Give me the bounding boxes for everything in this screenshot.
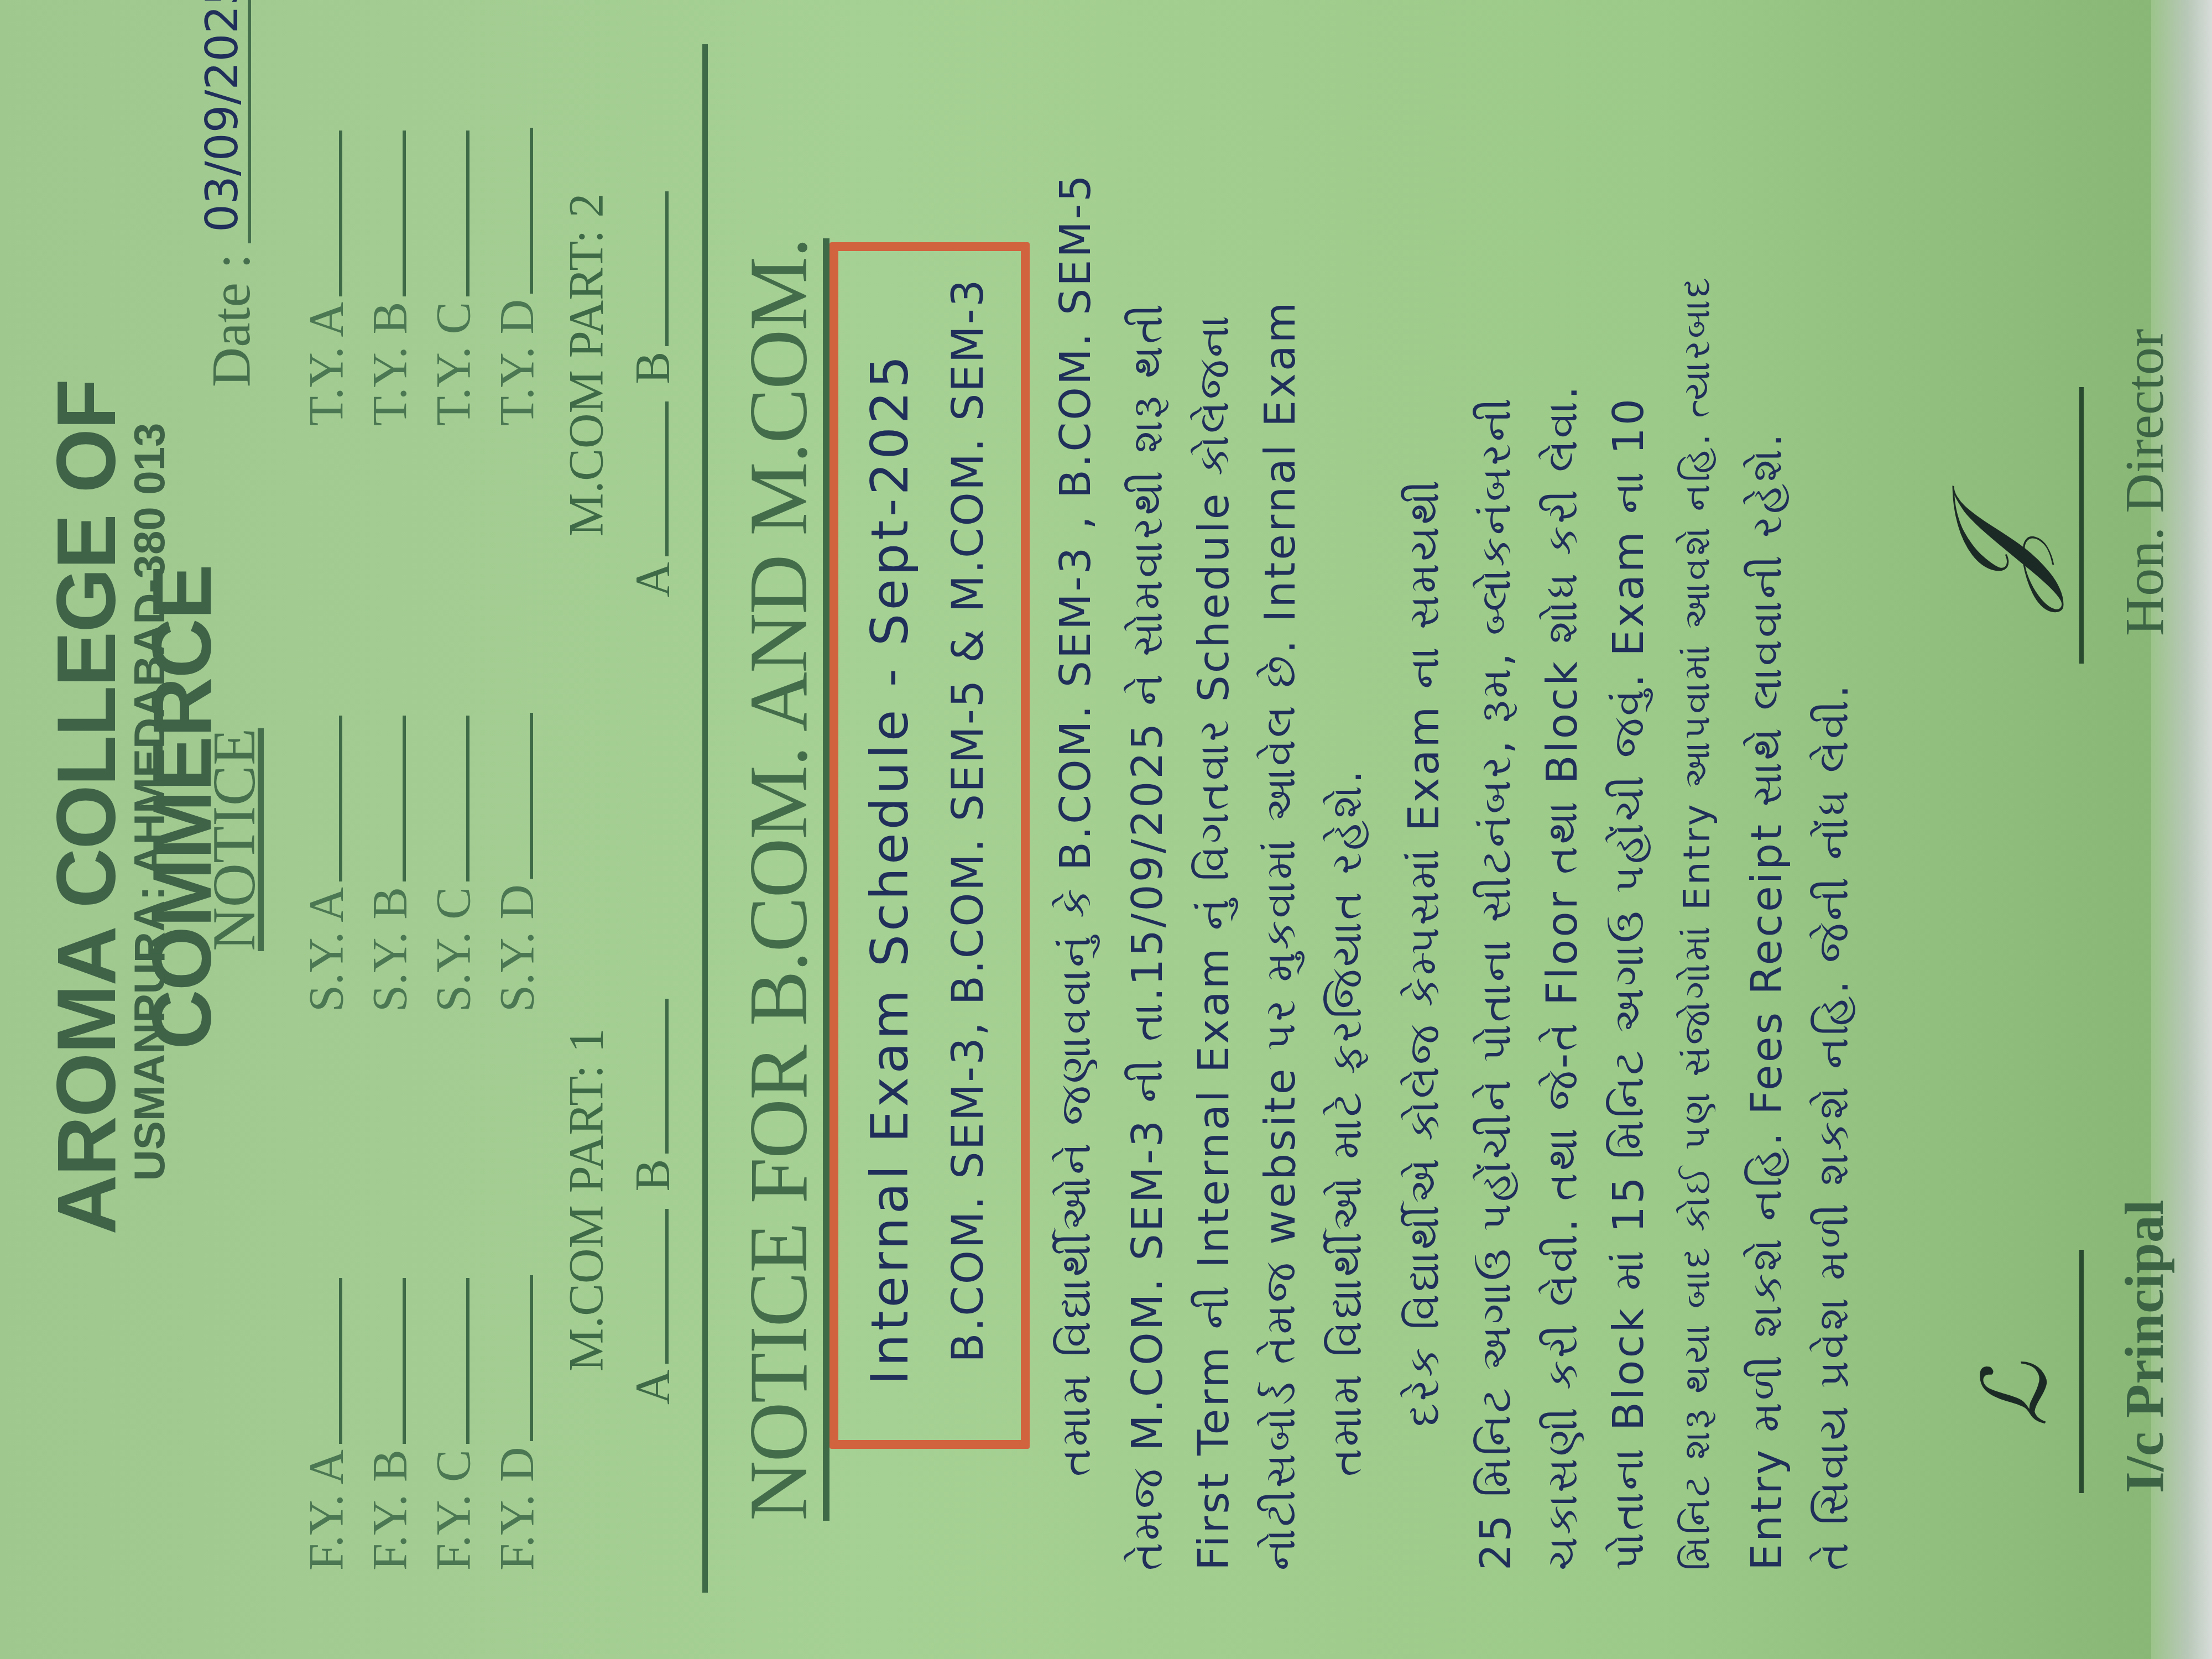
- class-label: T.Y. C: [427, 302, 481, 426]
- class-label: T.Y. A: [300, 302, 353, 426]
- director-sign-line: [2079, 387, 2084, 664]
- blank-line: [530, 1275, 533, 1441]
- sy-class-list: S.Y. A S.Y. B S.Y. C S.Y. D: [299, 713, 553, 1012]
- class-row: F.Y. B: [362, 1275, 426, 1571]
- class-row: S.Y. A: [299, 713, 362, 1012]
- body-line: Entry મળી શકશે નહિ. Fees Receipt સાથે લા…: [1742, 431, 1792, 1571]
- highlight-box: Internal Exam Schedule - Sept-2025 B.COM…: [830, 242, 1030, 1449]
- body-line: First Term ની Internal Exam નું વિગતવાર …: [1189, 314, 1239, 1571]
- section-a-label: A: [626, 562, 680, 597]
- fy-class-list: F.Y. A F.Y. B F.Y. C F.Y. D: [299, 1275, 553, 1571]
- class-row: T.Y. A: [299, 128, 362, 426]
- class-label: F.Y. D: [491, 1447, 544, 1571]
- notice-sheet: AROMA COLLEGE OF COMMERCE USMANPURA: AHM…: [0, 0, 2212, 1659]
- date-label: Date :: [199, 253, 263, 387]
- college-address: USMANPURA: AHMEDABAD-380 013: [124, 387, 175, 1217]
- exam-schedule-title: Internal Exam Schedule - Sept-2025: [860, 352, 920, 1385]
- mcom-part2-sections: A B: [625, 186, 681, 597]
- blank-line: [339, 1278, 342, 1444]
- blank-line: [403, 131, 406, 296]
- section-b-label: B: [626, 1159, 680, 1192]
- director-label: Hon. Director: [2112, 329, 2176, 636]
- notice-title: NOTICE: [199, 728, 269, 951]
- blank-line: [665, 999, 669, 1154]
- body-line: ચકાસણી કરી લેવી. તથા જે-તે Floor તથા Blo…: [1537, 384, 1588, 1571]
- section-a-label: A: [626, 1369, 680, 1405]
- class-label: F.Y. A: [300, 1449, 353, 1571]
- body-line: તેમજ M.COM. SEM-3 ની તા.15/09/2025 ને સો…: [1123, 302, 1173, 1571]
- principal-sign-line: [2079, 1250, 2084, 1493]
- class-row: F.Y. C: [426, 1275, 489, 1571]
- main-heading: NOTICE FOR B.COM. AND M.COM.: [735, 238, 830, 1521]
- class-row: S.Y. D: [489, 713, 553, 1012]
- body-line: પોતાના Block માં 15 મિનિટ અગાઉ પહોંચી જવ…: [1604, 397, 1654, 1571]
- class-label: T.Y. D: [491, 299, 544, 426]
- director-signature: 𝒥: [1924, 524, 2068, 608]
- class-label: S.Y. B: [363, 887, 417, 1012]
- ty-class-list: T.Y. A T.Y. B T.Y. C T.Y. D: [299, 128, 553, 426]
- blank-line: [530, 128, 533, 294]
- blank-line: [466, 131, 469, 296]
- class-row: T.Y. D: [489, 128, 553, 426]
- blank-line: [403, 716, 406, 881]
- class-label: F.Y. C: [427, 1449, 481, 1571]
- class-row: F.Y. D: [489, 1275, 553, 1571]
- blank-line: [466, 716, 469, 881]
- blank-line: [339, 131, 342, 296]
- mcom-part2-label: M.COM PART: 2: [559, 194, 614, 536]
- mcom-part1-label: M.COM PART: 1: [559, 1029, 614, 1371]
- blank-line: [665, 401, 669, 556]
- class-label: T.Y. B: [363, 302, 417, 426]
- class-row: S.Y. C: [426, 713, 489, 1012]
- mcom-part1-sections: A B: [625, 993, 681, 1405]
- body-line: નોટીસબોર્ડ તેમજ website પર મુકવામાં આવેલ…: [1255, 300, 1306, 1571]
- divider-rule: [702, 44, 708, 1593]
- class-label: F.Y. B: [363, 1449, 417, 1571]
- class-label: S.Y. C: [427, 887, 481, 1012]
- class-row: T.Y. C: [426, 128, 489, 426]
- body-line: તમામ વિદ્યાર્થીઓને જણાવવાનું કે B.COM. S…: [1051, 173, 1101, 1477]
- date-value: 03/09/2025: [196, 0, 251, 243]
- body-line: તમામ વિદ્યાર્થીઓ માટે ફરજિયાત રહેશે.: [1322, 768, 1372, 1477]
- blank-line: [339, 716, 342, 881]
- class-label: S.Y. D: [491, 884, 544, 1012]
- principal-label: I/c Principal: [2112, 1199, 2176, 1493]
- body-line: દરેક વિદ્યાર્થીએ કોલેજ કેમ્પસમાં Exam ના…: [1399, 478, 1449, 1427]
- class-label: S.Y. A: [300, 887, 353, 1012]
- blank-line: [403, 1278, 406, 1444]
- class-row: T.Y. B: [362, 128, 426, 426]
- blank-line: [530, 713, 533, 879]
- body-line: મિનિટ શરૂ થયા બાદ કોઈ પણ સંજોગોમાં Entry…: [1676, 275, 1719, 1571]
- blank-line: [665, 191, 669, 346]
- principal-signature: ℒ: [1963, 1363, 2067, 1427]
- exam-schedule-courses: B.COM. SEM-3, B.COM. SEM-5 & M.COM. SEM-…: [943, 278, 993, 1363]
- body-line: 25 મિનિટ અગાઉ પહોંચીને પોતાના સીટનંબર, ર…: [1471, 396, 1521, 1571]
- blank-line: [665, 1209, 669, 1364]
- class-row: S.Y. B: [362, 713, 426, 1012]
- section-b-label: B: [626, 352, 680, 384]
- class-row: F.Y. A: [299, 1275, 362, 1571]
- blank-line: [466, 1278, 469, 1444]
- body-line: તે સિવાય પ્રવેશ મળી શકશે નહિ. જેની નોંધ …: [1808, 682, 1859, 1571]
